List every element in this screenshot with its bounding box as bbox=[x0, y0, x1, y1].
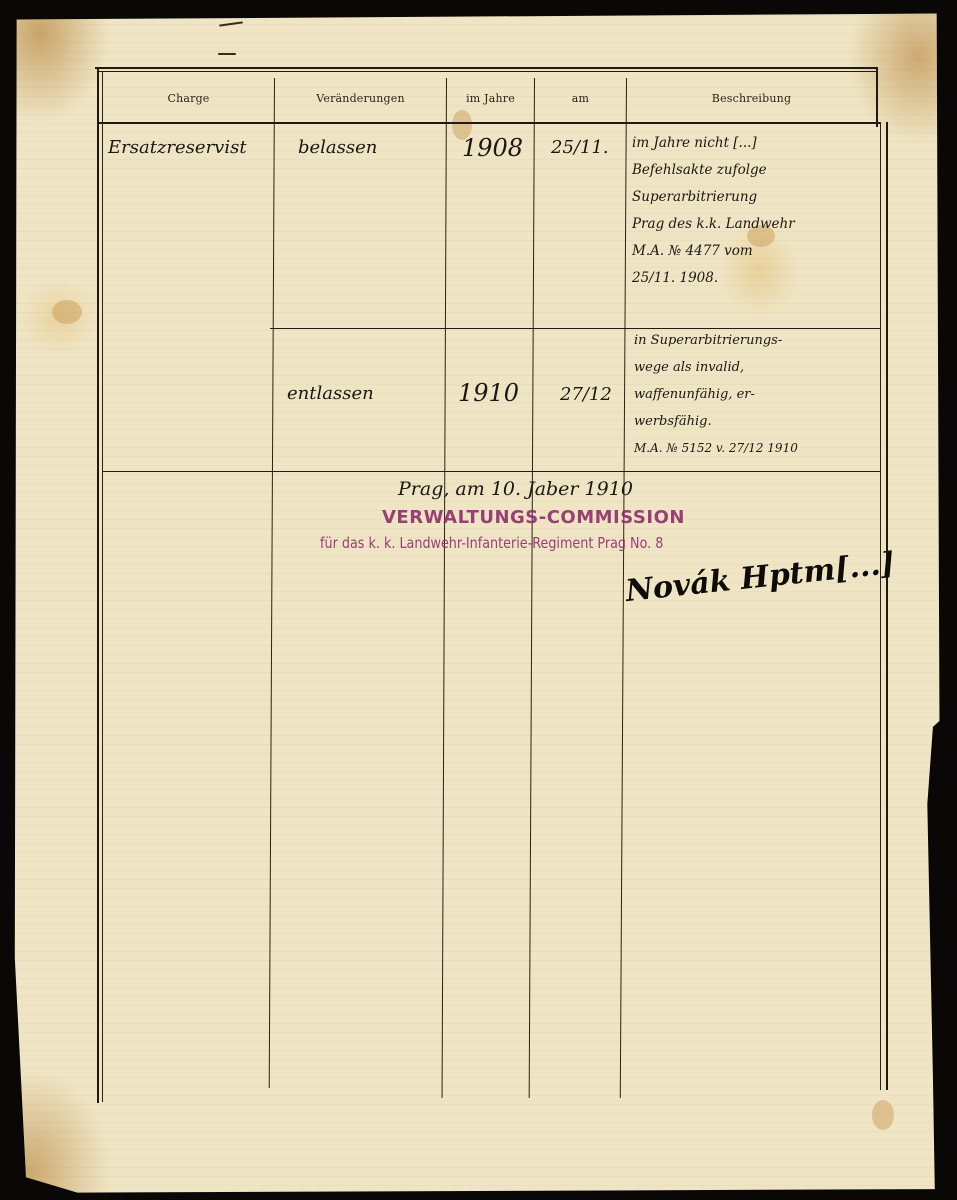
header-right-border bbox=[876, 67, 878, 127]
description-line: werbsfähig. bbox=[634, 408, 798, 435]
table-left-border-inner bbox=[102, 72, 103, 1102]
description-line: 25/11. 1908. bbox=[632, 265, 795, 292]
table-right-border bbox=[886, 122, 888, 1090]
cell-date: 25/11. bbox=[551, 137, 609, 158]
description-line: M.A. № 5152 v. 27/12 1910 bbox=[634, 435, 798, 462]
cell-description: im Jahre nicht [...] Befehlsakte zufolge… bbox=[632, 130, 795, 292]
cell-year: 1910 bbox=[458, 379, 519, 407]
paper-sheet bbox=[12, 10, 946, 1195]
cell-charge: Ersatzreservist bbox=[108, 137, 247, 158]
description-line: Prag des k.k. Landwehr bbox=[632, 211, 795, 238]
cell-description: in Superarbitrierungs- wege als invalid,… bbox=[634, 327, 798, 462]
description-line: wege als invalid, bbox=[634, 354, 798, 381]
age-stain bbox=[52, 300, 82, 324]
table-top-rule-inner bbox=[98, 71, 878, 72]
description-line: M.A. № 4477 vom bbox=[632, 238, 795, 265]
description-line: Befehlsakte zufolge bbox=[632, 157, 795, 184]
cell-change: belassen bbox=[298, 137, 377, 158]
cell-change: entlassen bbox=[287, 383, 374, 404]
ink-smudge bbox=[219, 21, 243, 26]
table-left-border bbox=[97, 67, 99, 1103]
ink-smudge bbox=[218, 53, 236, 55]
place-date: Prag, am 10. Jaber 1910 bbox=[398, 478, 633, 500]
header-year: im Jahre bbox=[447, 78, 534, 118]
entries-end-rule bbox=[102, 471, 880, 472]
description-line: Superarbitrierung bbox=[632, 184, 795, 211]
header-changes: Veränderungen bbox=[275, 78, 446, 118]
age-stain bbox=[872, 1100, 894, 1130]
header-bottom-rule bbox=[98, 122, 880, 124]
description-line: waffenunfähig, er- bbox=[634, 381, 798, 408]
cell-year: 1908 bbox=[462, 134, 523, 162]
header-charge: Charge bbox=[103, 78, 274, 118]
description-line: im Jahre nicht [...] bbox=[632, 130, 795, 157]
stamp-subtitle: für das k. k. Landwehr-Infanterie-Regime… bbox=[320, 534, 663, 552]
header-date: am bbox=[535, 78, 626, 118]
stamp-title: VERWALTUNGS-COMMISSION bbox=[382, 507, 685, 528]
table-top-rule bbox=[95, 67, 878, 69]
table-right-border-inner bbox=[880, 122, 881, 1090]
header-description: Beschreibung bbox=[627, 78, 876, 118]
cell-date: 27/12 bbox=[560, 384, 612, 405]
description-line: in Superarbitrierungs- bbox=[634, 327, 798, 354]
